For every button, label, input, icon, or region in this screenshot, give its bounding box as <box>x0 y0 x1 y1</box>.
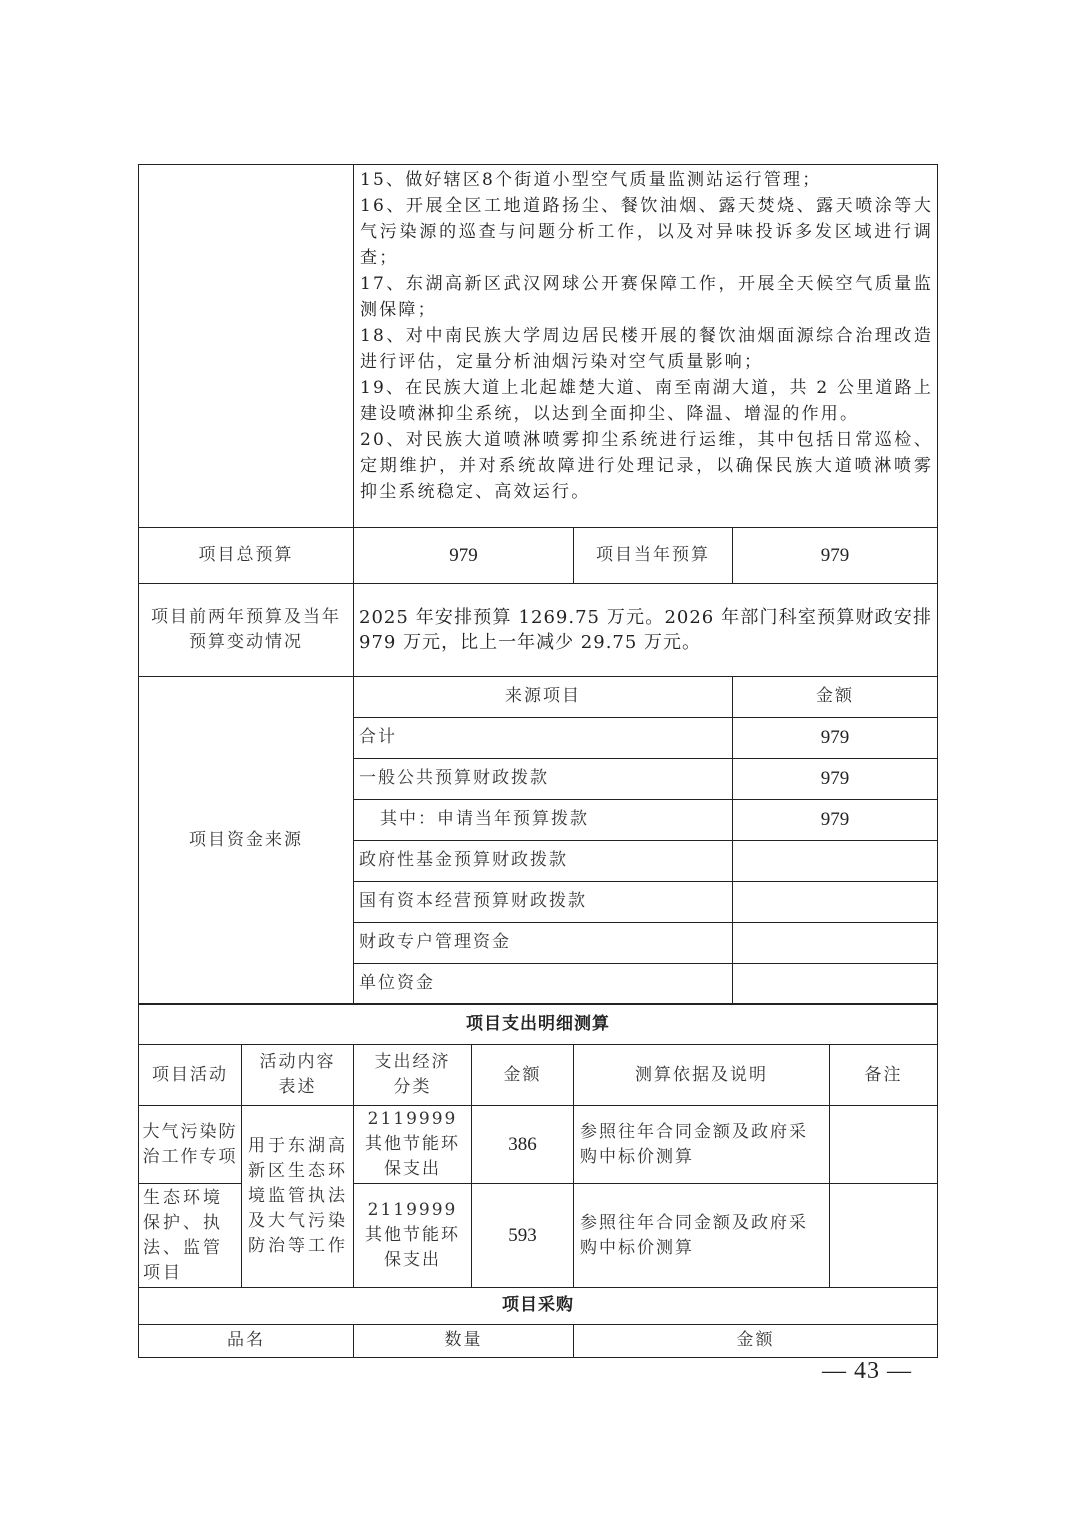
expenditure-amount: 386 <box>472 1106 574 1184</box>
funding-amount: 979 <box>733 717 938 758</box>
document-page: 15、做好辖区8个街道小型空气质量监测站运行管理； 16、开展全区工地道路扬尘、… <box>138 164 937 1358</box>
work-item: 20、对民族大道喷淋喷雾抑尘系统进行运维，其中包括日常巡检、定期维护，并对系统故… <box>360 427 933 505</box>
expenditure-category: 2119999 其他节能环保支出 <box>354 1106 472 1184</box>
budget-change-label: 项目前两年预算及当年预算变动情况 <box>139 584 354 677</box>
budget-row: 项目总预算 979 项目当年预算 979 <box>139 528 938 584</box>
procurement-header: 金额 <box>574 1324 938 1357</box>
funding-amount <box>733 840 938 881</box>
work-item: 16、开展全区工地道路扬尘、餐饮油烟、露天焚烧、露天喷涂等大气污染源的巡查与问题… <box>360 193 933 271</box>
procurement-header: 品名 <box>139 1324 354 1357</box>
total-budget-value: 979 <box>354 528 574 584</box>
work-items-row: 15、做好辖区8个街道小型空气质量监测站运行管理； 16、开展全区工地道路扬尘、… <box>139 165 938 528</box>
expenditure-activity: 生态环境保护、执法、监管项目 <box>139 1184 242 1288</box>
funding-source: 一般公共预算财政拨款 <box>354 758 733 799</box>
expenditure-basis: 参照往年合同金额及政府采购中标价测算 <box>574 1106 830 1184</box>
expenditure-amount: 593 <box>472 1184 574 1288</box>
work-item: 17、东湖高新区武汉网球公开赛保障工作，开展全天候空气质量监测保障； <box>360 271 933 323</box>
current-budget-label: 项目当年预算 <box>574 528 733 584</box>
work-item: 19、在民族大道上北起雄楚大道、南至南湖大道，共 2 公里道路上建设喷淋抑尘系统… <box>360 375 933 427</box>
current-budget-value: 979 <box>733 528 938 584</box>
budget-change-text: 2025 年安排预算 1269.75 万元。2026 年部门科室预算财政安排 9… <box>354 584 938 677</box>
work-items-cell: 15、做好辖区8个街道小型空气质量监测站运行管理； 16、开展全区工地道路扬尘、… <box>354 165 938 528</box>
project-table: 15、做好辖区8个街道小型空气质量监测站运行管理； 16、开展全区工地道路扬尘、… <box>138 164 938 677</box>
expenditure-header: 支出经济分类 <box>354 1045 472 1106</box>
procurement-header: 数量 <box>354 1324 574 1357</box>
funding-label: 项目资金来源 <box>139 676 354 1004</box>
expenditure-title-row: 项目支出明细测算 <box>139 1004 938 1045</box>
expenditure-header-row: 项目活动 活动内容表述 支出经济分类 金额 测算依据及说明 备注 <box>139 1045 938 1106</box>
expenditure-category: 2119999 其他节能环保支出 <box>354 1184 472 1288</box>
expenditure-header: 测算依据及说明 <box>574 1045 830 1106</box>
work-item: 15、做好辖区8个街道小型空气质量监测站运行管理； <box>360 167 933 193</box>
funding-header-amount: 金额 <box>733 676 938 717</box>
expenditure-title: 项目支出明细测算 <box>139 1004 938 1045</box>
procurement-table: 项目采购 品名 数量 金额 <box>138 1287 938 1358</box>
total-budget-label: 项目总预算 <box>139 528 354 584</box>
funding-table: 项目资金来源 来源项目 金额 合计 979 一般公共预算财政拨款 979 其中：… <box>138 676 938 1005</box>
funding-amount: 979 <box>733 799 938 840</box>
work-item: 18、对中南民族大学周边居民楼开展的餐饮油烟面源综合治理改造进行评估，定量分析油… <box>360 323 933 375</box>
expenditure-activity: 大气污染防治工作专项 <box>139 1106 242 1184</box>
expenditure-basis: 参照往年合同金额及政府采购中标价测算 <box>574 1184 830 1288</box>
expenditure-table: 项目支出明细测算 项目活动 活动内容表述 支出经济分类 金额 测算依据及说明 备… <box>138 1003 938 1288</box>
expenditure-note <box>830 1106 938 1184</box>
funding-source: 合计 <box>354 717 733 758</box>
expenditure-header: 活动内容表述 <box>242 1045 354 1106</box>
funding-source: 单位资金 <box>354 963 733 1004</box>
funding-amount: 979 <box>733 758 938 799</box>
funding-amount <box>733 963 938 1004</box>
page-number: — 43 — <box>822 1358 912 1385</box>
expenditure-header: 备注 <box>830 1045 938 1106</box>
procurement-title-row: 项目采购 <box>139 1287 938 1324</box>
budget-change-row: 项目前两年预算及当年预算变动情况 2025 年安排预算 1269.75 万元。2… <box>139 584 938 677</box>
funding-header-source: 来源项目 <box>354 676 733 717</box>
funding-amount <box>733 881 938 922</box>
work-items-label-cell <box>139 165 354 528</box>
funding-source: 财政专户管理资金 <box>354 922 733 963</box>
funding-source: 其中：申请当年预算拨款 <box>354 799 733 840</box>
funding-header-row: 项目资金来源 来源项目 金额 <box>139 676 938 717</box>
expenditure-note <box>830 1184 938 1288</box>
procurement-title: 项目采购 <box>139 1287 938 1324</box>
expenditure-description: 用于东湖高新区生态环境监管执法及大气污染防治等工作 <box>242 1106 354 1288</box>
expenditure-row: 大气污染防治工作专项 用于东湖高新区生态环境监管执法及大气污染防治等工作 211… <box>139 1106 938 1184</box>
funding-source: 政府性基金预算财政拨款 <box>354 840 733 881</box>
expenditure-header: 项目活动 <box>139 1045 242 1106</box>
funding-source: 国有资本经营预算财政拨款 <box>354 881 733 922</box>
funding-amount <box>733 922 938 963</box>
procurement-header-row: 品名 数量 金额 <box>139 1324 938 1357</box>
expenditure-header: 金额 <box>472 1045 574 1106</box>
